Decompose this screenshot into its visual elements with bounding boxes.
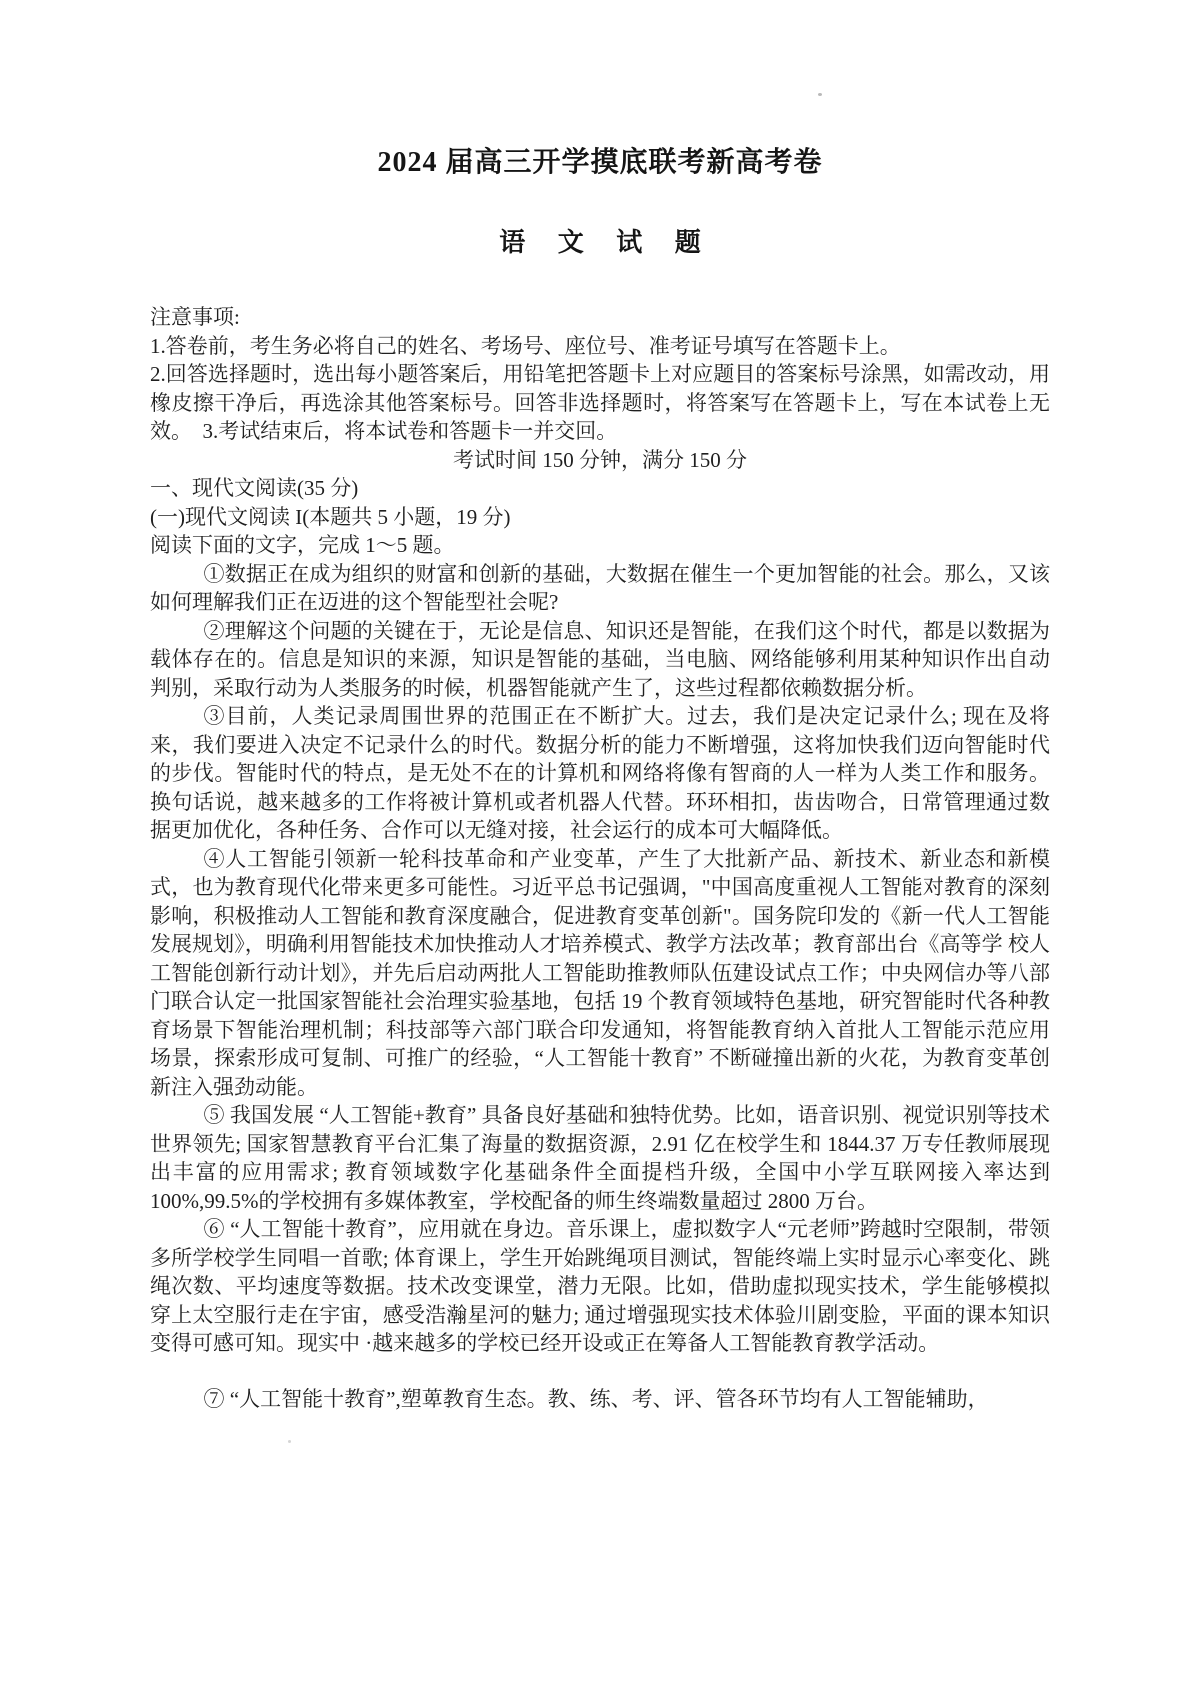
exam-body: 注意事项: 1.答卷前，考生务必将自己的姓名、考场号、座位号、准考证号填写在答题… xyxy=(150,303,1050,1413)
scan-speck xyxy=(288,1440,291,1443)
passage-paragraph-3: ③目前，人类记录周围世界的范围正在不断扩大。过去，我们是决定记录什么; 现在及将… xyxy=(150,702,1050,845)
passage-paragraph-7: ⑦ “人工智能十教育”,塑萆教育生态。教、练、考、评、管各环节均有人工智能辅助， xyxy=(150,1385,1050,1414)
passage-paragraph-4: ④人工智能引领新一轮科技革命和产业变革，产生了大批新产品、新技术、新业态和新模式… xyxy=(150,845,1050,1102)
notice-item-1: 1.答卷前，考生务必将自己的姓名、考场号、座位号、准考证号填写在答题卡上。 xyxy=(150,332,1050,361)
exam-subject-title: 语 文 试 题 xyxy=(150,222,1050,259)
passage-paragraph-2: ②理解这个问题的关键在于，无论是信息、知识还是智能，在我们这个时代，都是以数据为… xyxy=(150,617,1050,703)
exam-paper-page: 2024 届高三开学摸底联考新高考卷 语 文 试 题 注意事项: 1.答卷前，考… xyxy=(0,0,1200,1698)
notice-heading: 注意事项: xyxy=(150,303,1050,332)
exam-title: 2024 届高三开学摸底联考新高考卷 xyxy=(150,0,1050,180)
notice-item-2: 2.回答选择题时，选出每小题答案后，用铅笔把答题卡上对应题目的答案标号涂黑，如需… xyxy=(150,360,1050,446)
scan-speck xyxy=(818,93,822,96)
reading-instruction: 阅读下面的文字，完成 1～5 题。 xyxy=(150,531,1050,560)
passage-paragraph-6: ⑥ “人工智能十教育”，应用就在身边。音乐课上，虚拟数字人“元老师”跨越时空限制… xyxy=(150,1215,1050,1358)
section-subheading: (一)现代文阅读 I(本题共 5 小题，19 分) xyxy=(150,503,1050,532)
passage-paragraph-5: ⑤ 我国发展 “人工智能+教育” 具备良好基础和独特优势。比如，语音识别、视觉识… xyxy=(150,1101,1050,1215)
exam-time-info: 考试时间 150 分钟，满分 150 分 xyxy=(150,446,1050,475)
passage-paragraph-1: ①数据正在成为组织的财富和创新的基础，大数据在催生一个更加智能的社会。那么，又该… xyxy=(150,560,1050,617)
section-heading: 一、现代文阅读(35 分) xyxy=(150,474,1050,503)
